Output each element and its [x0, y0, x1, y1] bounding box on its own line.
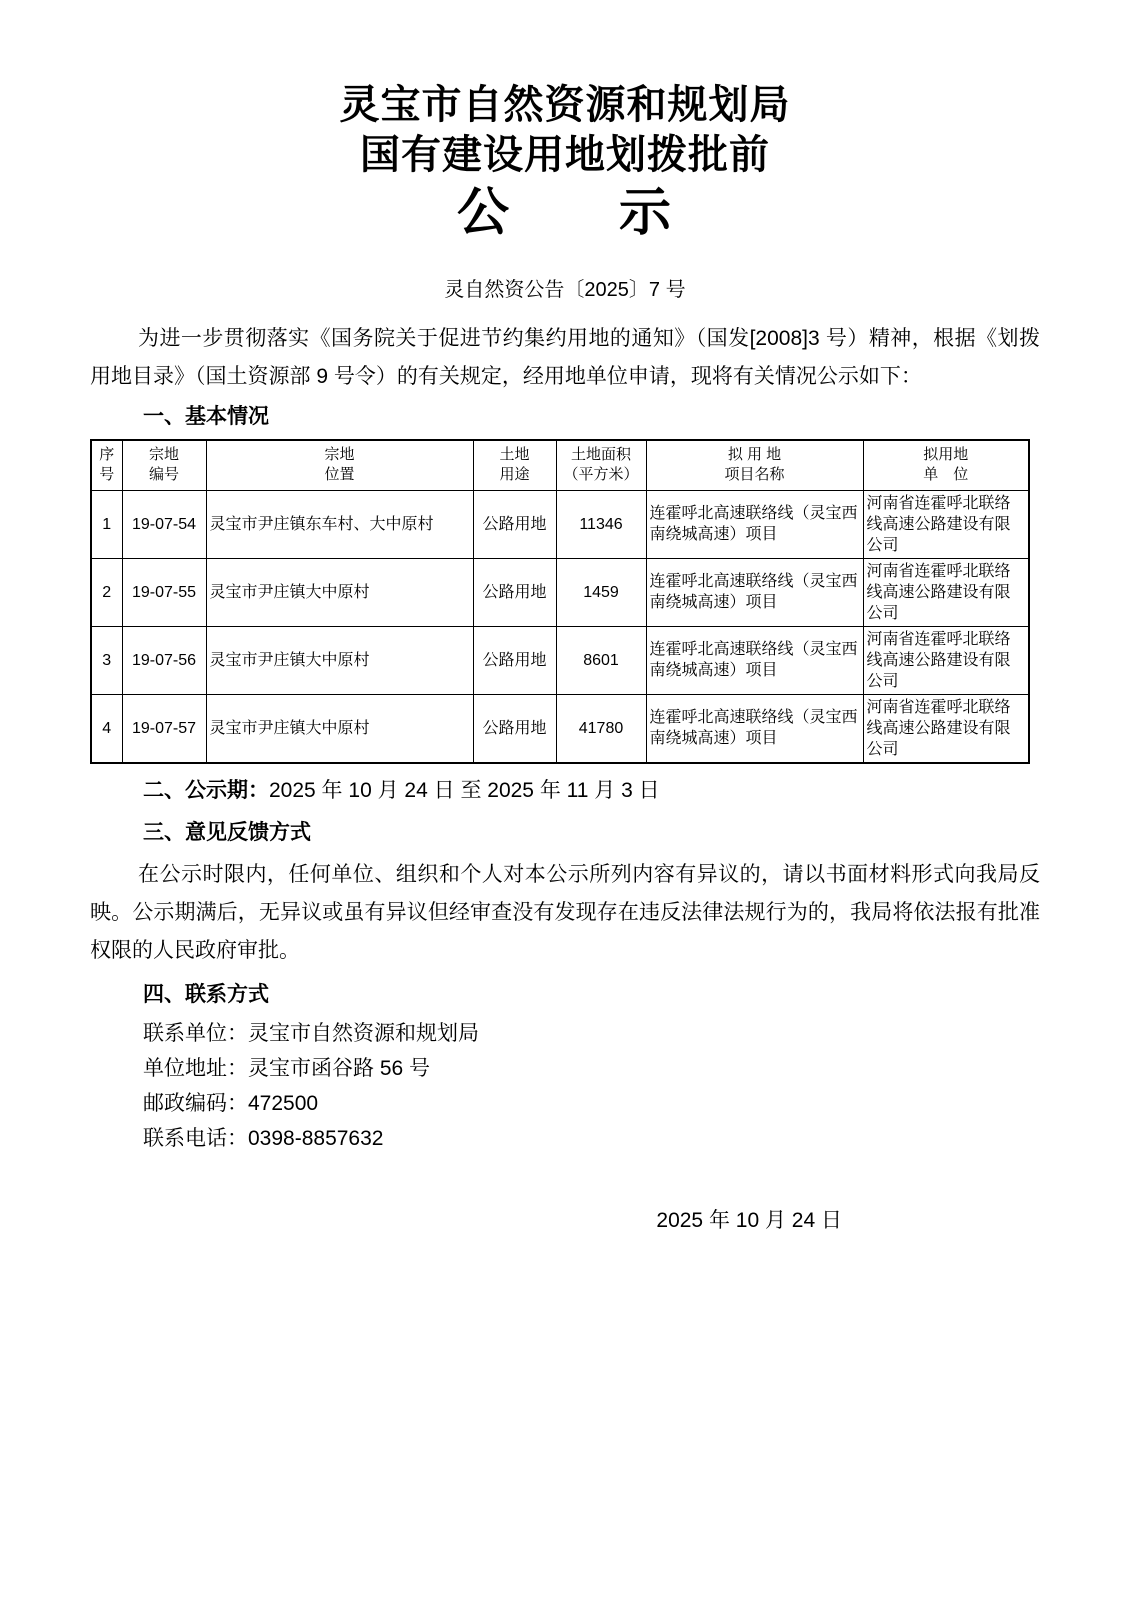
cell-location: 灵宝市尹庄镇大中原村	[206, 558, 473, 626]
land-parcel-table-wrap: 序号 宗地编号 宗地位置 土地用途 土地面积（平方米） 拟 用 地项目名称 拟用…	[90, 439, 1040, 764]
header-cell-area: 土地面积（平方米）	[556, 440, 646, 490]
table-row: 2 19-07-55 灵宝市尹庄镇大中原村 公路用地 1459 连霍呼北高速联络…	[91, 558, 1029, 626]
cell-land-use: 公路用地	[473, 626, 556, 694]
notice-document-page: 灵宝市自然资源和规划局 国有建设用地划拨批前 公 示 灵自然资公告〔2025〕7…	[0, 0, 1131, 1600]
cell-area: 1459	[556, 558, 646, 626]
header-cell-parcel-no: 宗地编号	[122, 440, 206, 490]
header-cell-seq: 序号	[91, 440, 122, 490]
header-cell-land-use: 土地用途	[473, 440, 556, 490]
cell-location: 灵宝市尹庄镇大中原村	[206, 626, 473, 694]
cell-parcel-no: 19-07-54	[122, 490, 206, 558]
cell-location: 灵宝市尹庄镇东车村、大中原村	[206, 490, 473, 558]
table-header-row: 序号 宗地编号 宗地位置 土地用途 土地面积（平方米） 拟 用 地项目名称 拟用…	[91, 440, 1029, 490]
section-heading-contact: 四、联系方式	[90, 978, 1040, 1012]
cell-seq: 4	[91, 694, 122, 763]
contact-line-postcode: 邮政编码：472500	[90, 1086, 1040, 1121]
cell-user-unit: 河南省连霍呼北联络线高速公路建设有限公司	[863, 490, 1029, 558]
header-cell-project-name: 拟 用 地项目名称	[646, 440, 863, 490]
cell-land-use: 公路用地	[473, 694, 556, 763]
cell-seq: 2	[91, 558, 122, 626]
publicity-period-value: 2025 年 10 月 24 日 至 2025 年 11 月 3 日	[269, 779, 660, 802]
cell-area: 8601	[556, 626, 646, 694]
publicity-period-label: 二、公示期：	[143, 779, 269, 802]
cell-project-name: 连霍呼北高速联络线（灵宝西南绕城高速）项目	[646, 490, 863, 558]
title-line-2: 国有建设用地划拨批前	[90, 130, 1040, 180]
cell-project-name: 连霍呼北高速联络线（灵宝西南绕城高速）项目	[646, 694, 863, 763]
cell-location: 灵宝市尹庄镇大中原村	[206, 694, 473, 763]
document-title-block: 灵宝市自然资源和规划局 国有建设用地划拨批前 公 示	[90, 80, 1040, 244]
contact-line-address: 单位地址：灵宝市函谷路 56 号	[90, 1051, 1040, 1086]
cell-user-unit: 河南省连霍呼北联络线高速公路建设有限公司	[863, 626, 1029, 694]
cell-parcel-no: 19-07-56	[122, 626, 206, 694]
title-line-1: 灵宝市自然资源和规划局	[90, 80, 1040, 130]
cell-project-name: 连霍呼北高速联络线（灵宝西南绕城高速）项目	[646, 558, 863, 626]
feedback-paragraph: 在公示时限内，任何单位、组织和个人对本公示所列内容有异议的，请以书面材料形式向我…	[90, 856, 1040, 970]
cell-project-name: 连霍呼北高速联络线（灵宝西南绕城高速）项目	[646, 626, 863, 694]
cell-seq: 3	[91, 626, 122, 694]
cell-land-use: 公路用地	[473, 490, 556, 558]
cell-user-unit: 河南省连霍呼北联络线高速公路建设有限公司	[863, 558, 1029, 626]
header-cell-user-unit: 拟用地单 位	[863, 440, 1029, 490]
contact-line-phone: 联系电话：0398-8857632	[90, 1121, 1040, 1156]
cell-area: 11346	[556, 490, 646, 558]
land-parcel-table: 序号 宗地编号 宗地位置 土地用途 土地面积（平方米） 拟 用 地项目名称 拟用…	[90, 439, 1030, 764]
section-heading-basic-info: 一、基本情况	[90, 400, 1040, 434]
cell-land-use: 公路用地	[473, 558, 556, 626]
cell-user-unit: 河南省连霍呼北联络线高速公路建设有限公司	[863, 694, 1029, 763]
cell-parcel-no: 19-07-57	[122, 694, 206, 763]
publicity-period-line: 二、公示期：2025 年 10 月 24 日 至 2025 年 11 月 3 日	[90, 774, 1040, 808]
issue-date: 2025 年 10 月 24 日	[90, 1208, 1040, 1234]
table-row: 1 19-07-54 灵宝市尹庄镇东车村、大中原村 公路用地 11346 连霍呼…	[91, 490, 1029, 558]
cell-seq: 1	[91, 490, 122, 558]
title-announcement: 公 示	[90, 182, 1040, 244]
doc-number: 灵自然资公告〔2025〕7 号	[90, 278, 1040, 302]
cell-parcel-no: 19-07-55	[122, 558, 206, 626]
contact-line-unit: 联系单位：灵宝市自然资源和规划局	[90, 1016, 1040, 1051]
header-cell-location: 宗地位置	[206, 440, 473, 490]
cell-area: 41780	[556, 694, 646, 763]
table-row: 3 19-07-56 灵宝市尹庄镇大中原村 公路用地 8601 连霍呼北高速联络…	[91, 626, 1029, 694]
table-row: 4 19-07-57 灵宝市尹庄镇大中原村 公路用地 41780 连霍呼北高速联…	[91, 694, 1029, 763]
intro-paragraph: 为进一步贯彻落实《国务院关于促进节约集约用地的通知》（国发[2008]3 号）精…	[90, 320, 1040, 396]
section-heading-feedback: 三、意见反馈方式	[90, 816, 1040, 850]
